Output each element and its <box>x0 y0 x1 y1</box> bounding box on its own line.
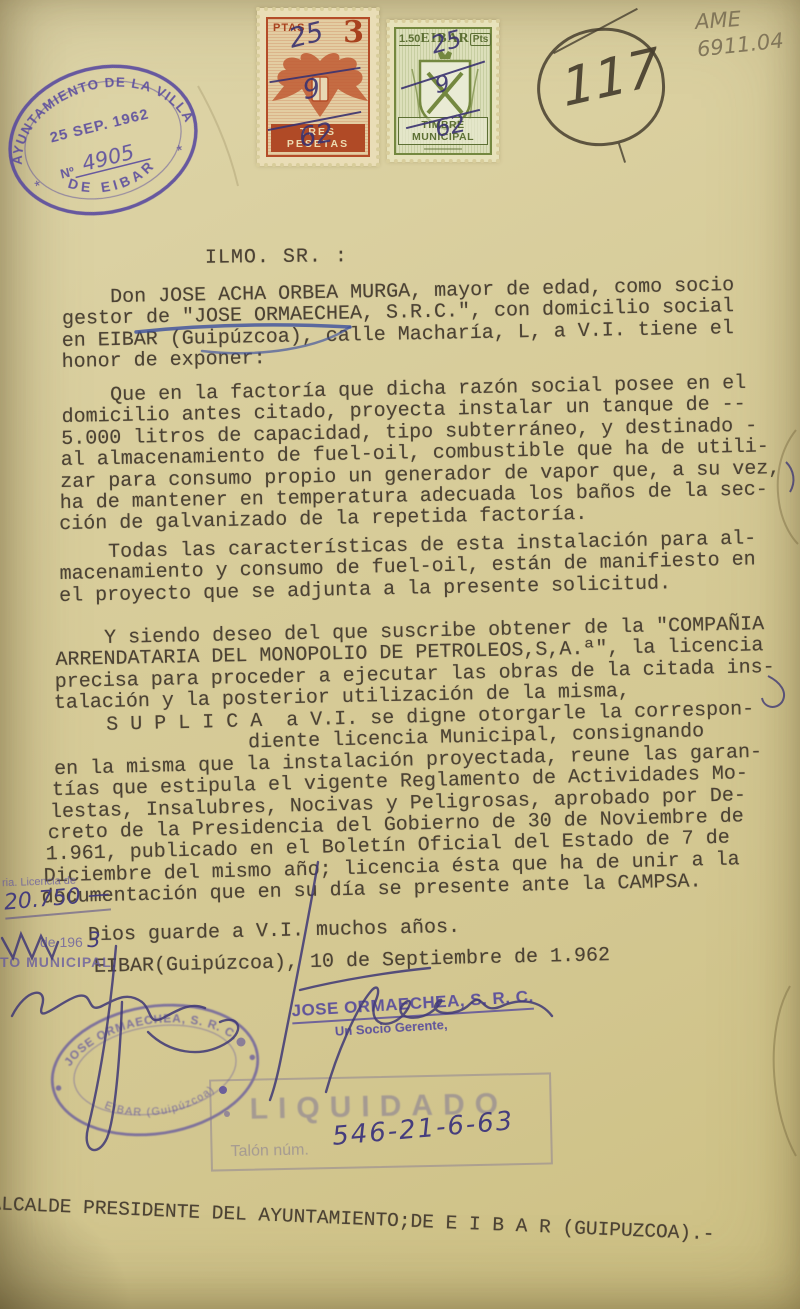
municipal-stamp-cancellation: 25 9 62 <box>387 20 499 162</box>
cancellation-day: 25 <box>428 25 465 60</box>
closing-line: Dios guarde a V.I. muchos años. <box>88 917 460 947</box>
margin-date-fragment: de 196 3 <box>40 928 101 952</box>
paragraph-suplica: S U P L I C A a V.I. se digne otorgarle … <box>58 699 765 909</box>
page-corner-shadow <box>0 1179 150 1309</box>
cancellation-year: 62 <box>432 109 468 143</box>
margin-date-year-hand: 3 <box>87 928 100 952</box>
municipal-timbre-stamp: 1.50 EIBAR Pts TIMBRE MUNICIPAL 25 9 62 <box>387 20 499 162</box>
registry-oval-stamp: AYUNTAMIENTO DE LA VILLA DE EIBAR 25 SEP… <box>0 40 218 239</box>
svg-text:JOSE ORMAECHEA, S. R. C.: JOSE ORMAECHEA, S. R. C. <box>56 999 243 1070</box>
firm-oval-arc-bottom: EIBAR (Guipúzcoa) <box>101 1082 220 1126</box>
stamp-asterisk-icon: * <box>33 178 43 195</box>
cancellation-month: 9 <box>433 71 452 99</box>
svg-text:EIBAR (Guipúzcoa): EIBAR (Guipúzcoa) <box>101 1082 220 1126</box>
archive-code-note: AME 6911.04 <box>694 3 784 61</box>
paragraph-project: Que en la factoría que dicha razón socia… <box>62 372 781 536</box>
paper-tear-mark <box>778 430 798 544</box>
dateline: EIBAR(Guipúzcoa), 10 de Septiembre de 1.… <box>94 945 610 978</box>
cancellation-year: 62 <box>297 117 336 153</box>
document-page: AYUNTAMIENTO DE LA VILLA DE EIBAR 25 SEP… <box>0 0 800 1309</box>
firm-rubber-stamp: JOSE ORMAECHEA, S. R. C. Un Socio Gerent… <box>291 987 535 1042</box>
firm-oval-arc-top: JOSE ORMAECHEA, S. R. C. <box>56 999 243 1070</box>
fiscal-stamp-3pts: PTAS 3 TRES PESETAS 25 9 62 <box>257 8 379 166</box>
pen-underline-mark <box>120 318 382 368</box>
salutation: ILMO. SR. : <box>205 246 348 269</box>
cancellation-month: 9 <box>301 73 322 106</box>
margin-pen-hook <box>786 462 793 492</box>
registry-stamp-number: 4905 <box>80 140 137 176</box>
folio-number-circle: 117 <box>533 24 669 151</box>
margin-date-print: de 196 <box>40 934 83 950</box>
stamp-asterisk-icon: * <box>175 143 185 160</box>
paragraph-attachment: Todas las características de esta instal… <box>60 528 757 607</box>
pen-flourish-mark <box>618 143 626 163</box>
cancellation-day: 25 <box>286 16 327 54</box>
registry-stamp-date: 25 SEP. 1962 <box>48 106 150 146</box>
fiscal-stamp-cancellation: 25 9 62 <box>257 8 379 166</box>
paper-fold-mark <box>774 986 796 1156</box>
folio-number: 117 <box>559 37 663 119</box>
margin-stamp-fragment: TO MUNICIPAL. <box>0 954 117 970</box>
talon-label: Talón núm. <box>230 1142 309 1162</box>
